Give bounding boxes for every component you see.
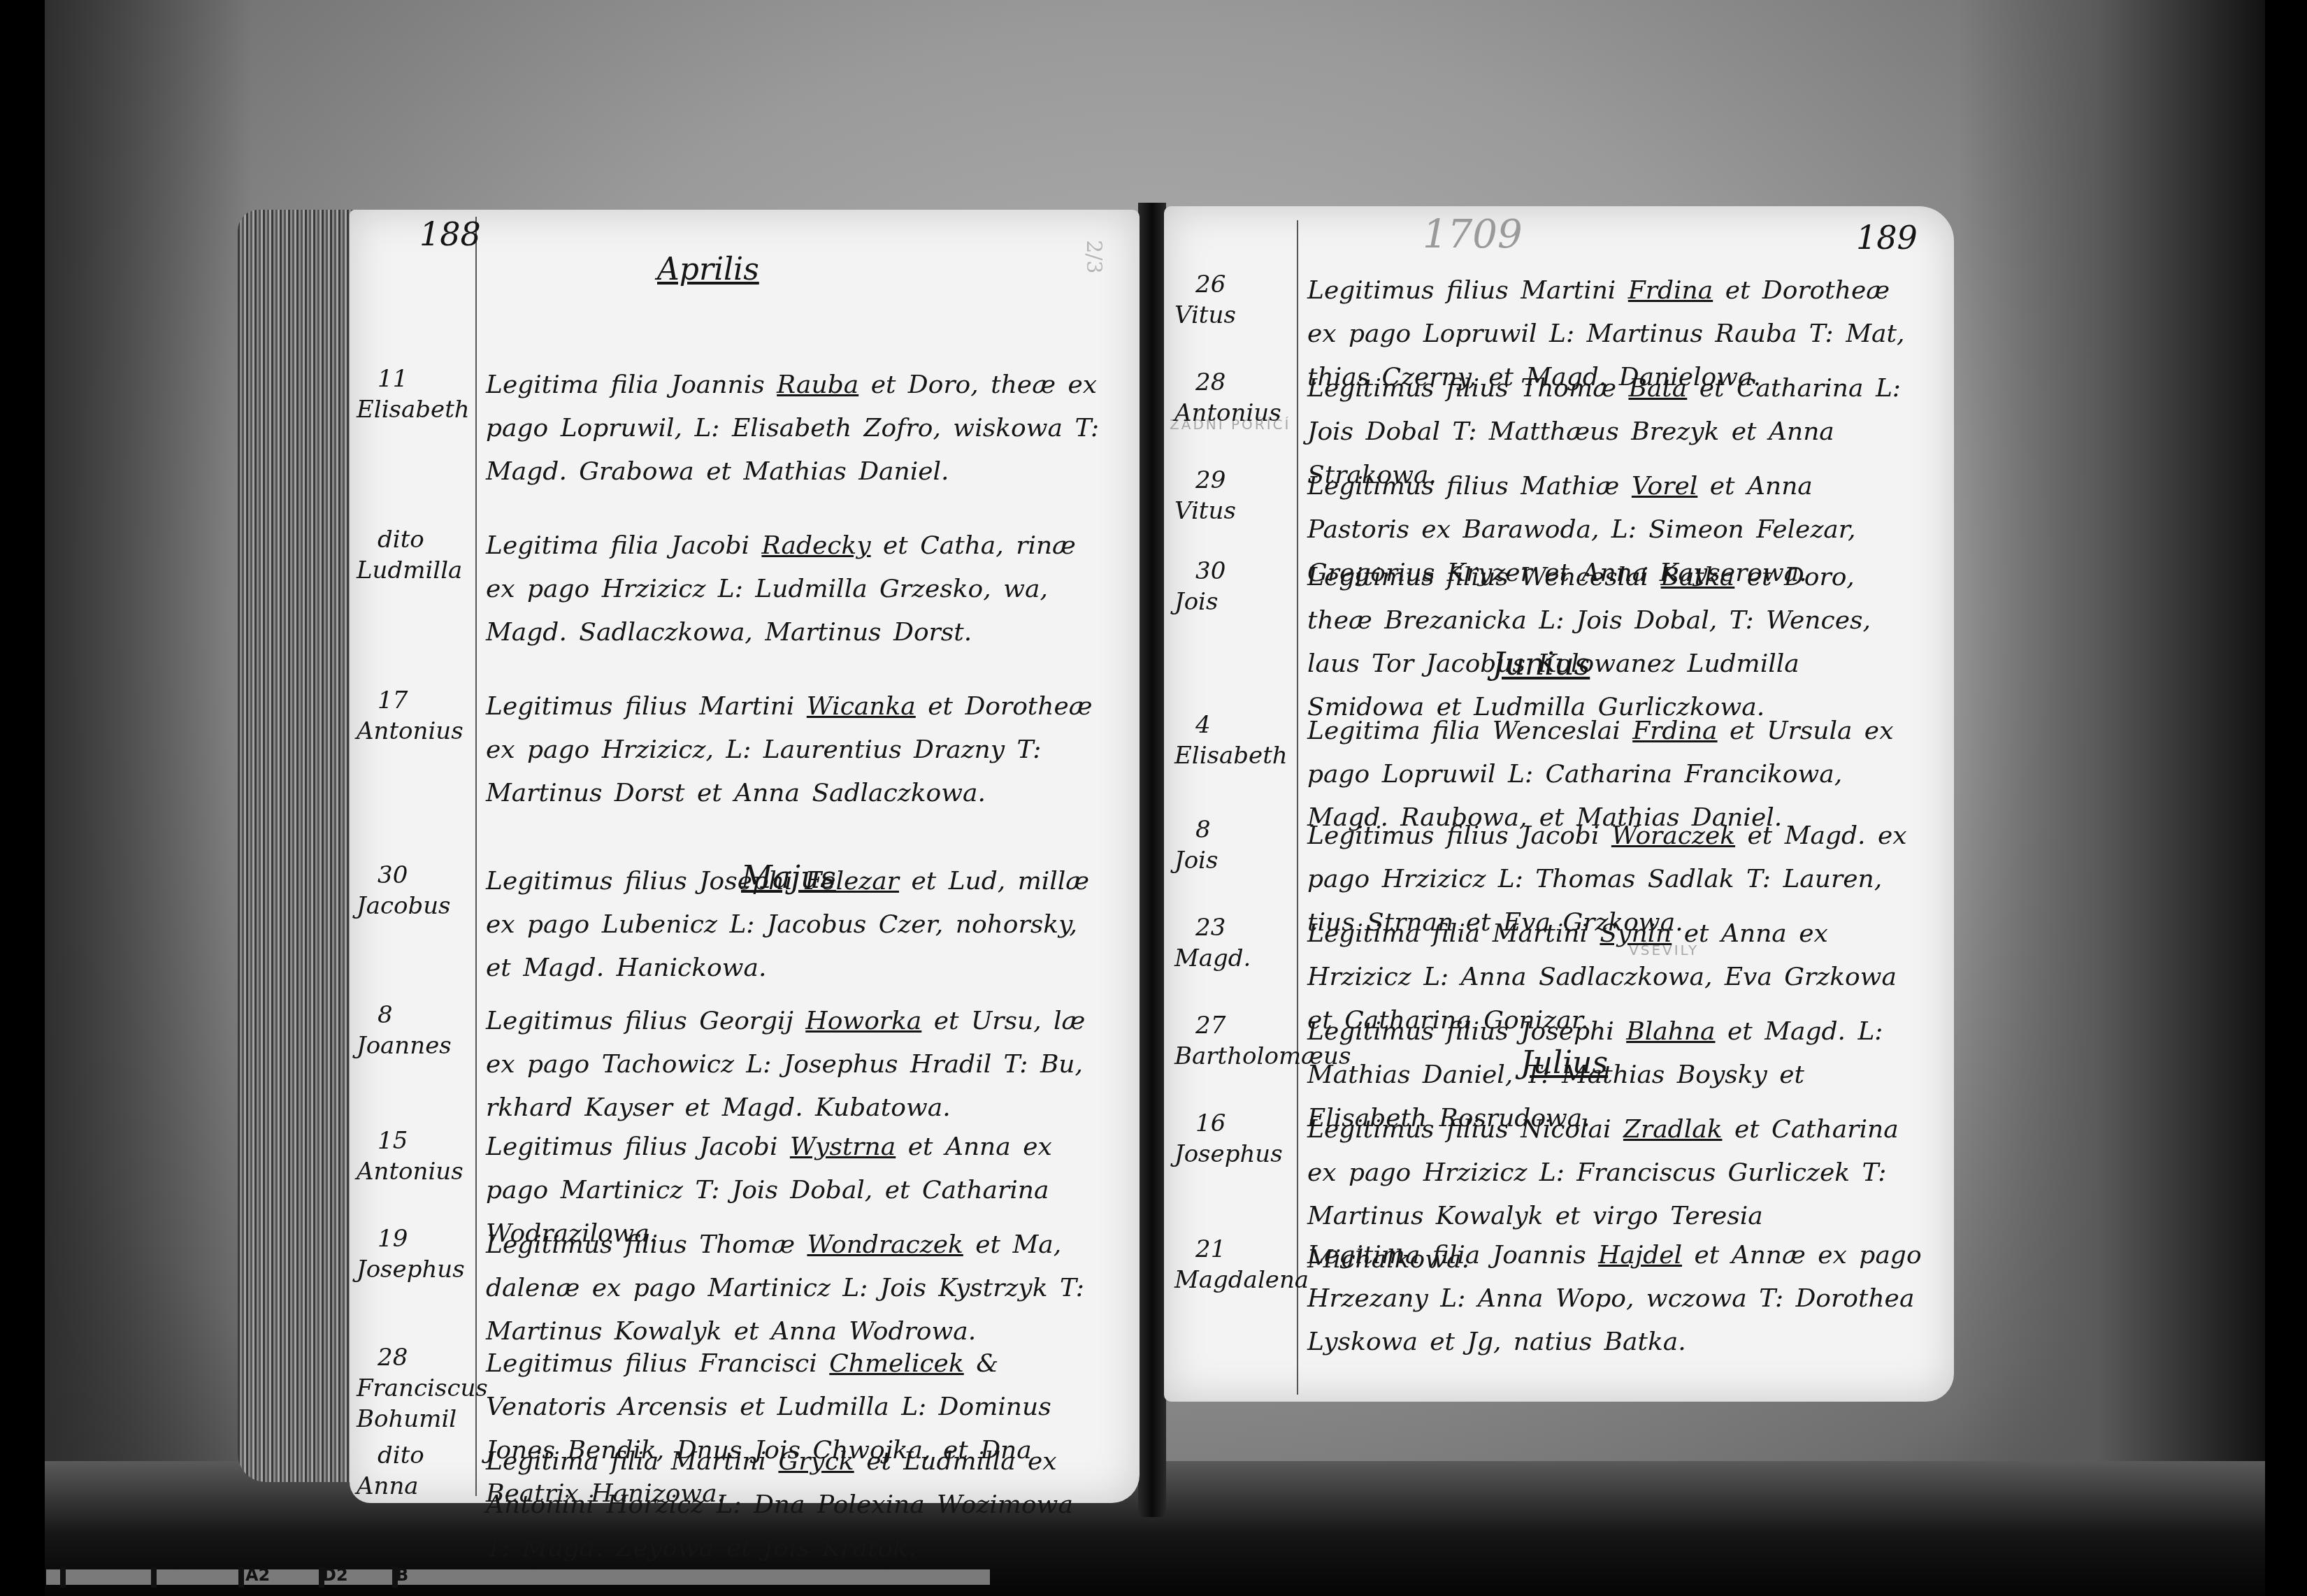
entry-surname: Frdina: [1628, 276, 1713, 305]
entry-child-name: Jois: [1174, 847, 1218, 875]
entry-margin: 26Vitus: [1174, 269, 1293, 331]
entry-child-name: Joannes: [357, 1032, 452, 1060]
entry-surname: Gryck: [778, 1447, 854, 1476]
scale-label: B: [396, 1565, 408, 1585]
entry-surname: Batka: [1661, 563, 1735, 591]
right-page: 1709 189 Junius Julius ZADNÍ POŘÍČÍ VŠEV…: [1164, 206, 1954, 1402]
entry-surname: Felezar: [805, 867, 899, 896]
entry-child-name: Jacobus: [357, 892, 451, 920]
entry-day: 23: [1174, 912, 1293, 943]
entry-day: 21: [1174, 1234, 1293, 1265]
entry-margin: 15Antonius: [357, 1126, 475, 1187]
page-number: 189: [1856, 219, 1918, 257]
entry-margin: 19Josephus: [357, 1223, 475, 1285]
pencil-note: 2/3: [1081, 240, 1106, 273]
month-heading: Aprilis: [657, 252, 759, 287]
entry-text: Legitima filia Martini Gryck et Ludmilla…: [486, 1440, 1101, 1570]
entry-margin: ditoAnna: [357, 1440, 475, 1502]
entry-text: Legitimus filius Georgij Howorka et Ursu…: [486, 1000, 1101, 1130]
entry-surname: Synin: [1600, 919, 1672, 948]
entry-day: 16: [1174, 1108, 1293, 1139]
entry-surname: Howorka: [805, 1007, 921, 1035]
entry-surname: Zradlak: [1623, 1115, 1723, 1144]
entry-day: 11: [357, 364, 475, 394]
scale-label: A2: [245, 1565, 270, 1585]
entry-child-name: Antonius: [1174, 399, 1281, 427]
entry-day: 17: [357, 685, 475, 716]
entry-surname: Radecky: [761, 531, 870, 560]
entry-child-name: Josephus: [1174, 1140, 1283, 1168]
entry-margin: 21Magdalena: [1174, 1234, 1293, 1295]
entry-text: Legitima filia Joannis Rauba et Doro, th…: [486, 364, 1101, 494]
page-number: 188: [419, 215, 481, 253]
entry-text: Legitimus filius Josephi Felezar et Lud,…: [486, 860, 1101, 990]
entry-child-name: Magd.: [1174, 944, 1251, 972]
entry-surname: Vorel: [1632, 472, 1697, 501]
entry-day: 28: [357, 1342, 475, 1373]
entry-day: 8: [357, 1000, 475, 1030]
entry-child-name: Anna: [357, 1472, 419, 1500]
entry-day: 4: [1174, 710, 1293, 740]
entry-margin: 28Antonius: [1174, 367, 1293, 429]
entry-child-name: Antonius: [357, 1158, 463, 1186]
entry-surname: Woraczek: [1611, 821, 1735, 850]
entry-text: Legitimus filius Wenceslai Batka et Doro…: [1307, 556, 1922, 729]
entry-text: Legitima filia Jacobi Radecky et Catha, …: [486, 524, 1101, 654]
entry-day: dito: [357, 524, 475, 555]
entry-child-name: Ludmilla: [357, 556, 462, 584]
margin-rule: [1297, 220, 1298, 1395]
entry-margin: 30Jacobus: [357, 860, 475, 921]
entry-child-name: Elisabeth: [357, 396, 470, 424]
entry-day: 30: [1174, 556, 1293, 587]
entry-margin: 30Jois: [1174, 556, 1293, 617]
entry-margin: ditoLudmilla: [357, 524, 475, 586]
entry-surname: Rauba: [777, 371, 858, 399]
entry-surname: Wicanka: [807, 692, 916, 721]
entry-child-name: Elisabeth: [1174, 742, 1288, 770]
entry-day: 27: [1174, 1010, 1293, 1041]
entry-child-name: Josephus: [357, 1256, 465, 1284]
entry-day: 15: [357, 1126, 475, 1156]
left-page: 188 2/3 Aprilis Majus 11ElisabethLegitim…: [350, 210, 1140, 1503]
entry-margin: 8Joannes: [357, 1000, 475, 1061]
shadow-right: [1957, 0, 2307, 1596]
entry-child-name: Antonius: [357, 717, 463, 745]
entry-margin: 8Jois: [1174, 814, 1293, 876]
entry-day: 28: [1174, 367, 1293, 398]
entry-margin: 4Elisabeth: [1174, 710, 1293, 771]
entry-day: 26: [1174, 269, 1293, 300]
entry-surname: Wondraczek: [807, 1230, 963, 1259]
entry-margin: 23Magd.: [1174, 912, 1293, 974]
entry-child-name: Franciscus Bohumil: [357, 1374, 488, 1433]
entry-day: 29: [1174, 465, 1293, 496]
scale-label: D2: [322, 1565, 348, 1585]
entry-margin: 28Franciscus Bohumil: [357, 1342, 475, 1435]
entry-margin: 11Elisabeth: [357, 364, 475, 425]
margin-rule: [475, 217, 477, 1496]
entry-child-name: Magdalena: [1174, 1266, 1309, 1294]
year-annotation: 1709: [1423, 212, 1523, 257]
entry-text: Legitima filia Joannis Hajdel et Annæ ex…: [1307, 1234, 1922, 1364]
book-gutter: [1138, 203, 1166, 1517]
entry-text: Legitimus filius Martini Wicanka et Doro…: [486, 685, 1101, 815]
book-page-edges: [238, 210, 364, 1482]
entry-day: dito: [357, 1440, 475, 1471]
microfilm-scale-bar: A2 D2 B: [46, 1569, 990, 1585]
entry-surname: Hajdel: [1598, 1241, 1682, 1270]
film-frame-edge-left: [0, 0, 45, 1596]
entry-margin: 17Antonius: [357, 685, 475, 747]
entry-margin: 27Bartholomæus: [1174, 1010, 1293, 1072]
shadow-left: [42, 0, 252, 1596]
entry-child-name: Vitus: [1174, 497, 1236, 525]
entry-surname: Bata: [1628, 374, 1687, 403]
entry-surname: Blahna: [1626, 1017, 1715, 1046]
entry-child-name: Jois: [1174, 588, 1218, 616]
entry-surname: Frdina: [1632, 717, 1717, 745]
entry-day: 30: [357, 860, 475, 891]
entry-surname: Wystrna: [790, 1133, 896, 1161]
entry-child-name: Vitus: [1174, 301, 1236, 329]
entry-text: Legitimus filius Thomæ Wondraczek et Ma,…: [486, 1223, 1101, 1353]
entry-day: 8: [1174, 814, 1293, 845]
entry-margin: 29Vitus: [1174, 465, 1293, 526]
entry-margin: 16Josephus: [1174, 1108, 1293, 1170]
entry-day: 19: [357, 1223, 475, 1254]
entry-surname: Chmelicek: [829, 1349, 963, 1378]
film-frame-edge-right: [2265, 0, 2307, 1596]
